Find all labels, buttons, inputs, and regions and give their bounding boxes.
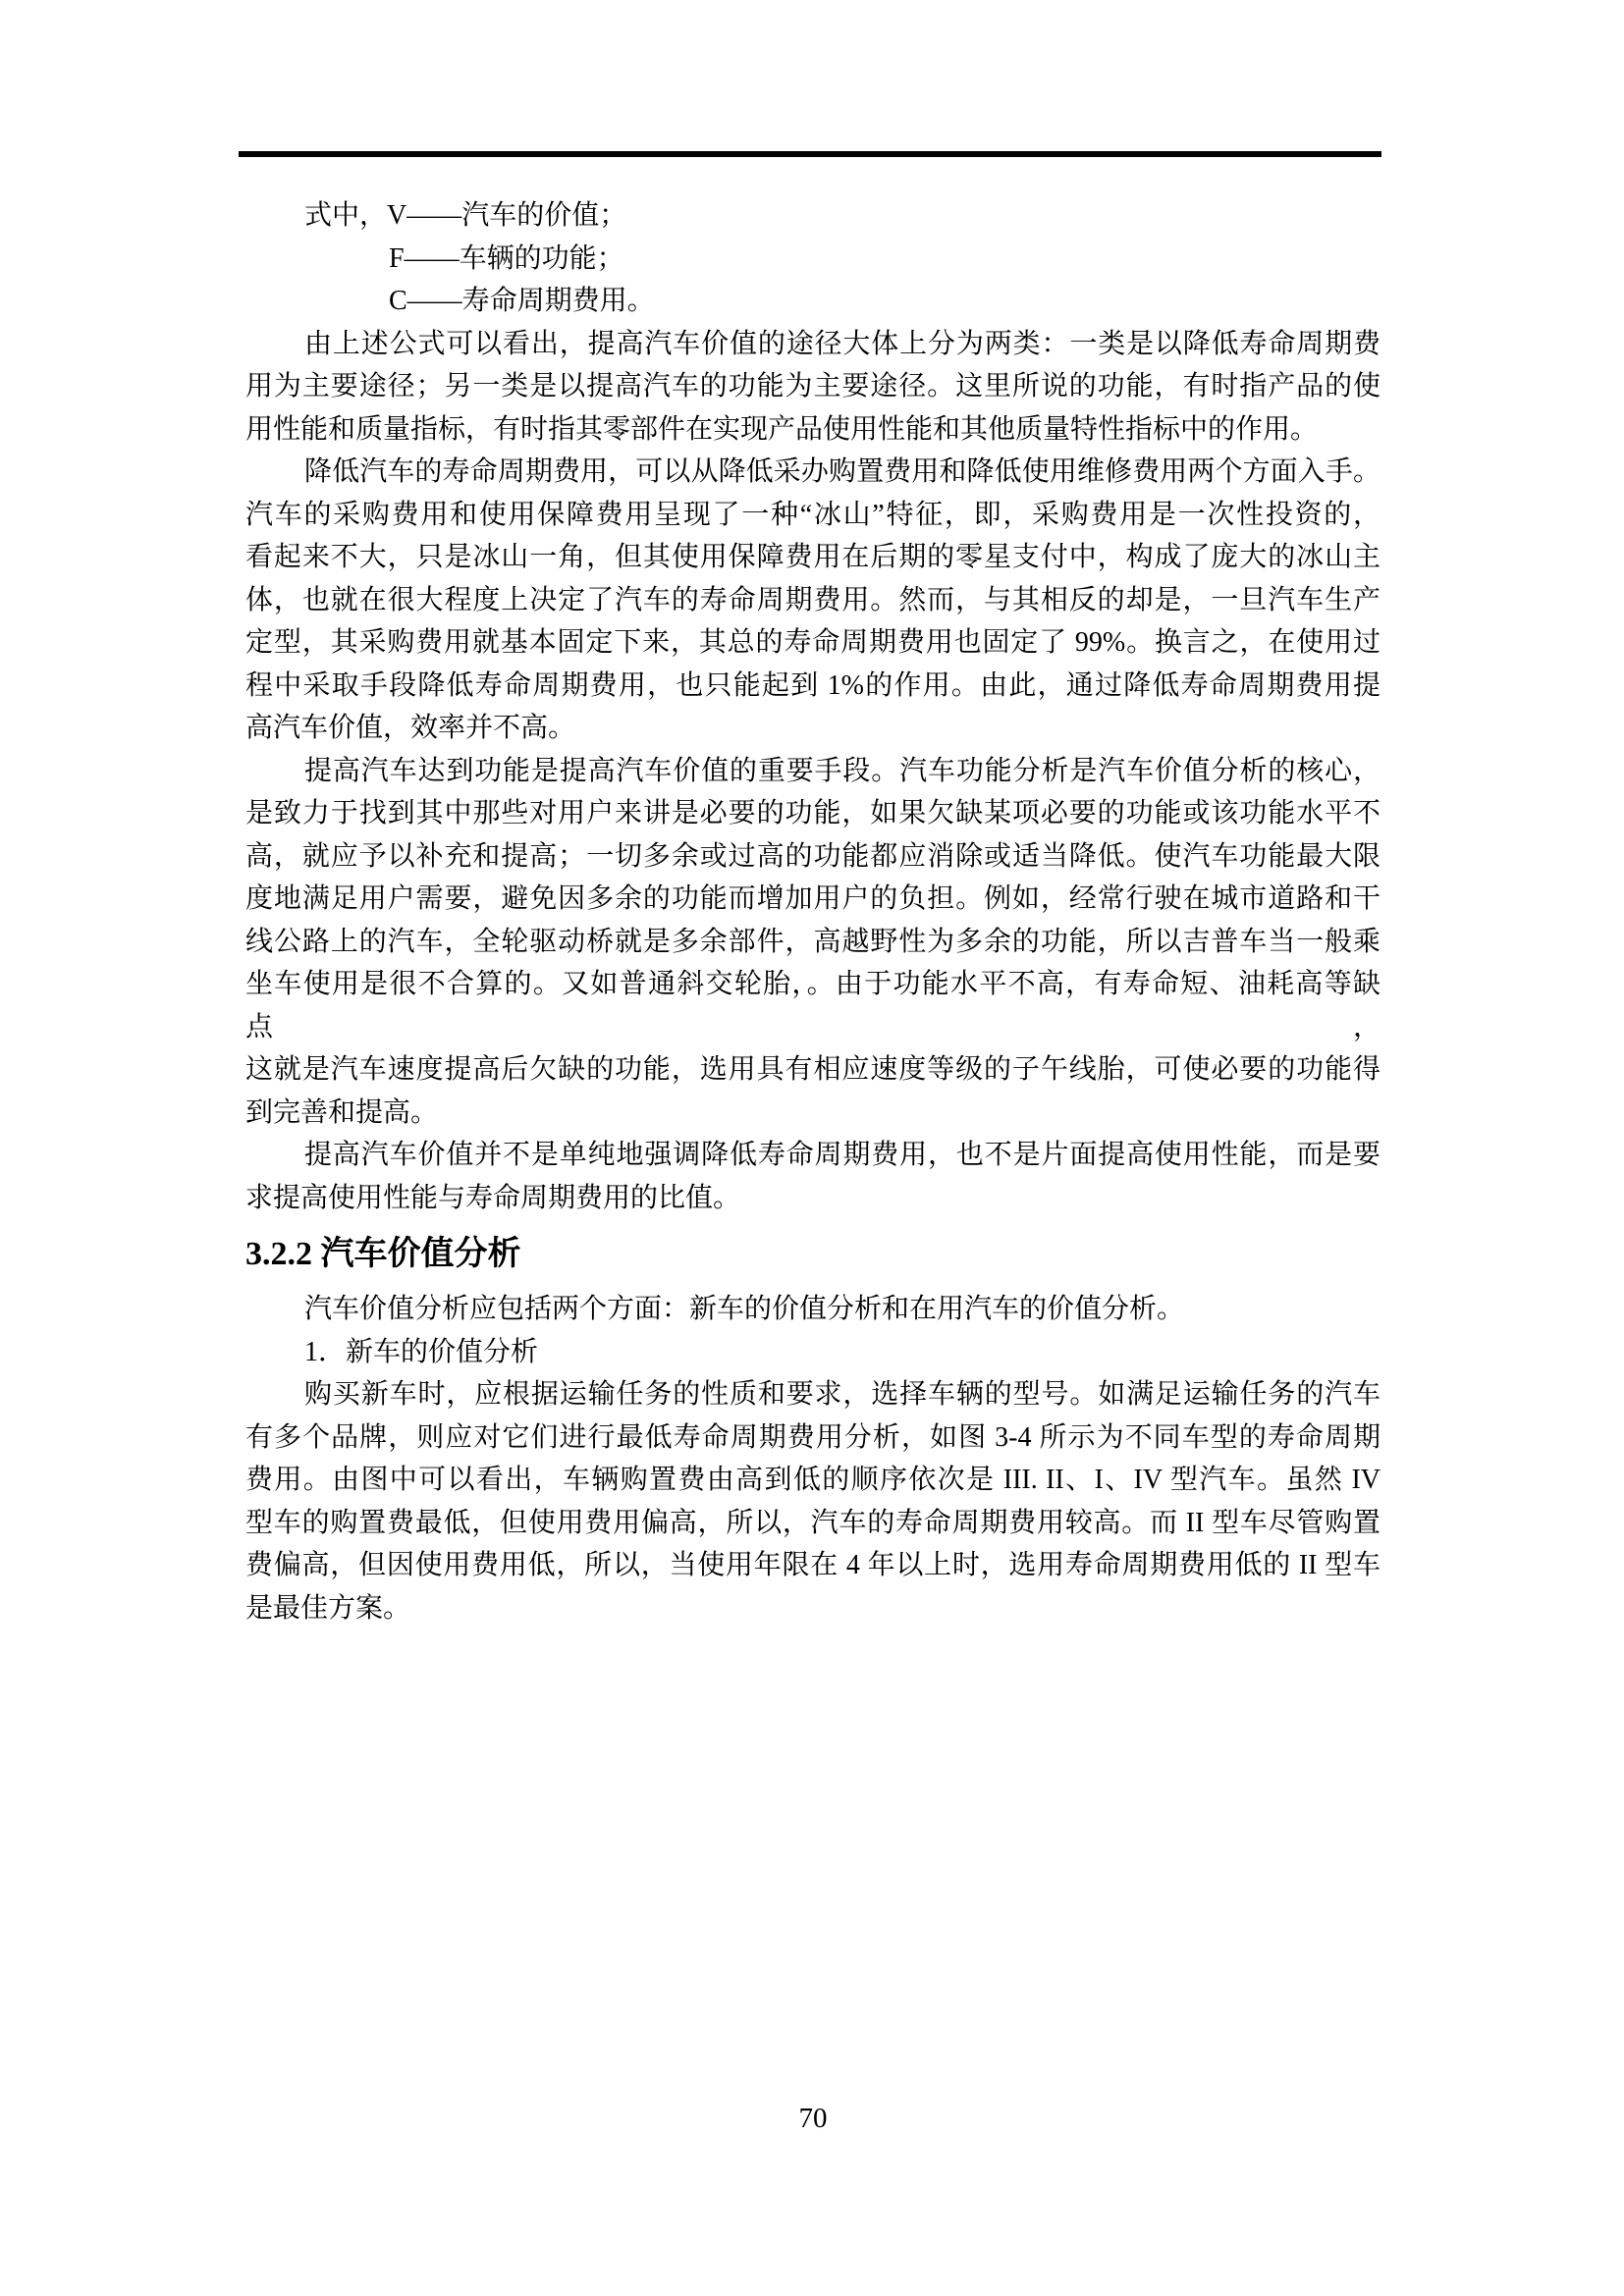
paragraph-value-ratio: 提高汽车价值并不是单纯地强调降低寿命周期费用，也不是片面提高使用性能，而是要求提…: [245, 1134, 1380, 1219]
text-line: 购买新车时，应根据运输任务的性质和要求，选择车辆的型号。如满足运输任务的汽车: [245, 1373, 1380, 1416]
paragraph-analysis-scope: 汽车价值分析应包括两个方面：新车的价值分析和在用汽车的价值分析。: [245, 1288, 1380, 1331]
text-line: 由上述公式可以看出，提高汽车价值的途径大体上分为两类：一类是以降低寿命周期费: [245, 323, 1380, 366]
paragraph-new-car-purchase: 购买新车时，应根据运输任务的性质和要求，选择车辆的型号。如满足运输任务的汽车有多…: [245, 1373, 1380, 1629]
text-line: 有多个品牌，则应对它们进行最低寿命周期费用分析，如图 3-4 所示为不同车型的寿…: [245, 1416, 1380, 1460]
text-line: 体，也就在很大程度上决定了汽车的寿命周期费用。然而，与其相反的却是，一旦汽车生产: [245, 579, 1380, 622]
text-line: 高，就应予以补充和提高；一切多余或过高的功能都应消除或适当降低。使汽车功能最大限: [245, 835, 1380, 879]
text-line: 定型，其采购费用就基本固定下来，其总的寿命周期费用也固定了 99%。换言之，在使…: [245, 621, 1380, 665]
text-line: 提高汽车价值并不是单纯地强调降低寿命周期费用，也不是片面提高使用性能，而是要: [245, 1134, 1380, 1177]
paragraph-function-analysis: 提高汽车达到功能是提高汽车价值的重要手段。汽车功能分析是汽车价值分析的核心，是致…: [245, 750, 1380, 1135]
text-line: 线公路上的汽车，全轮驱动桥就是多余部件，高越野性为多余的功能，所以吉普车当一般乘: [245, 921, 1380, 964]
text-line: 看起来不大，只是冰山一角，但其使用保障费用在后期的零星支付中，构成了庞大的冰山主: [245, 536, 1380, 579]
text-line: C——寿命周期费用。: [245, 280, 1380, 323]
text-line: 费用。由图中可以看出，车辆购置费由高到低的顺序依次是 III. II、I、IV …: [245, 1459, 1380, 1502]
text-line: 高汽车价值，效率并不高。: [245, 707, 1380, 750]
page-number: 70: [245, 2101, 1380, 2136]
text-line: 度地满足用户需要，避免因多余的功能而增加用户的负担。例如，经常行驶在城市道路和干: [245, 878, 1380, 921]
text-line: 1．新车的价值分析: [245, 1331, 1380, 1374]
text-line: 到完善和提高。: [245, 1092, 1380, 1135]
text-line: 是最佳方案。: [245, 1587, 1380, 1630]
text-line: 费偏高，但因使用费用低，所以，当使用年限在 4 年以上时，选用寿命周期费用低的 …: [245, 1544, 1380, 1587]
text-line: 汽车价值分析应包括两个方面：新车的价值分析和在用汽车的价值分析。: [245, 1288, 1380, 1331]
text-line: 程中采取手段降低寿命周期费用，也只能起到 1%的作用。由此，通过降低寿命周期费用…: [245, 665, 1380, 708]
list-item-new-car-analysis: 1．新车的价值分析: [245, 1331, 1380, 1374]
paragraph-lifecycle-cost-iceberg: 降低汽车的寿命周期费用，可以从降低采办购置费用和降低使用维修费用两个方面入手。汽…: [245, 451, 1380, 750]
text-line: 是致力于找到其中那些对用户来讲是必要的功能，如果欠缺某项必要的功能或该功能水平不: [245, 792, 1380, 835]
text-line: F——车辆的功能；: [245, 238, 1380, 281]
document-page: 式中，V——汽车的价值；F——车辆的功能；C——寿命周期费用。由上述公式可以看出…: [0, 0, 1624, 2296]
formula-variable-definitions: 式中，V——汽车的价值；F——车辆的功能；C——寿命周期费用。: [245, 194, 1380, 323]
text-line: 用性能和质量指标，有时指其零部件在实现产品使用性能和其他质量特性指标中的作用。: [245, 408, 1380, 452]
text-line: 用为主要途径；另一类是以提高汽车的功能为主要途径。这里所说的功能，有时指产品的使: [245, 365, 1380, 408]
text-line: 坐车使用是很不合算的。又如普通斜交轮胎，。由于功能水平不高，有寿命短、油耗高等缺…: [245, 963, 1380, 1048]
header-rule: [239, 151, 1381, 157]
text-line: 这就是汽车速度提高后欠缺的功能，选用具有相应速度等级的子午线胎，可使必要的功能得: [245, 1048, 1380, 1092]
paragraph-value-improvement-paths: 由上述公式可以看出，提高汽车价值的途径大体上分为两类：一类是以降低寿命周期费用为…: [245, 323, 1380, 452]
text-line: 降低汽车的寿命周期费用，可以从降低采办购置费用和降低使用维修费用两个方面入手。: [245, 451, 1380, 494]
text-line: 求提高使用性能与寿命周期费用的比值。: [245, 1177, 1380, 1220]
section-heading: 3.2.2 汽车价值分析: [245, 1233, 1380, 1276]
text-line: 汽车的采购费用和使用保障费用呈现了一种“冰山”特征，即，采购费用是一次性投资的，: [245, 494, 1380, 537]
text-line: 型车的购置费最低，但使用费用偏高，所以，汽车的寿命周期费用较高。而 II 型车尽…: [245, 1502, 1380, 1545]
text-line: 提高汽车达到功能是提高汽车价值的重要手段。汽车功能分析是汽车价值分析的核心，: [245, 750, 1380, 793]
text-line: 式中，V——汽车的价值；: [245, 194, 1380, 238]
page-body: 式中，V——汽车的价值；F——车辆的功能；C——寿命周期费用。由上述公式可以看出…: [245, 194, 1380, 1629]
